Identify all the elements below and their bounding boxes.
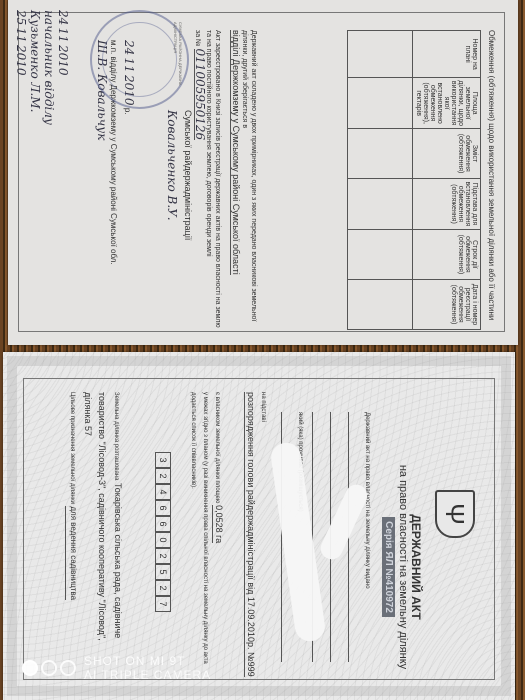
cadastral-digit: 6	[155, 500, 171, 516]
issued-to-label: Державний акт на право власності на земе…	[360, 412, 373, 682]
dept-date-day: 24	[56, 10, 70, 25]
restrictions-title: Обмеження (обтяження) щодо використання …	[487, 30, 496, 330]
table-cell	[348, 78, 413, 129]
area-label: є власником земельної ділянки площею	[214, 392, 220, 503]
table-cell	[348, 229, 413, 279]
basis-label: на підставі	[260, 392, 266, 422]
document-title: ДЕРЖАВНИЙ АКТ	[409, 452, 423, 682]
registrar-position: начальник відділу	[42, 10, 56, 330]
table-header: Зміст обмеження (обтяження)	[413, 129, 481, 179]
purpose-value: для ведення садівництва	[65, 506, 80, 600]
document-subtitle: на право власності на земельну ділянку	[397, 452, 409, 682]
table-header: Строк дії обмеження (обтяження)	[413, 229, 481, 279]
watermark-line1: SHOT ON MI 9T	[84, 654, 211, 668]
registry-number-label: за №	[194, 30, 201, 47]
table-header: Підстава для встановлення обмеження (обт…	[413, 179, 481, 230]
issued-to-value	[348, 412, 360, 662]
area-value: 0,0528 га	[212, 505, 225, 543]
cadastral-digit: 6	[155, 516, 171, 532]
cadastral-digit: 7	[155, 596, 171, 612]
cadastral-digit: 4	[155, 484, 171, 500]
document-back-page: Обмеження (обтяження) щодо використання …	[8, 0, 518, 345]
copies-text: Державний акт складено у двох примірника…	[240, 30, 258, 330]
camera-watermark-dots	[22, 660, 76, 676]
basis-section: на підставі розпорядження голови райдерж…	[244, 392, 271, 677]
table-cell	[348, 179, 413, 230]
restrictions-table: Номер на плані Площа земельної ділянки, …	[347, 30, 481, 330]
stamp-text: СУМСЬКА РАЙОННА ДЕРЖАВНА АДМІНІСТРАЦІЯ	[173, 22, 183, 112]
serial-number: Серія ЯЛ №410972	[382, 517, 395, 617]
registry-number-value: 011005950126	[194, 49, 204, 141]
purpose-label: Цільове призначення земельної ділянки	[69, 392, 75, 504]
registrar-block: 24 11 2010 начальник відділу Кузьменко Л…	[14, 10, 70, 330]
cadastral-number: 3 2 4 6 6 0 2 5 2 7	[155, 452, 171, 612]
area-section: є власником земельної ділянки площею 0,0…	[187, 392, 225, 677]
table-cell	[348, 279, 413, 329]
table-header: Дата і номер реєстрації обмеження (обтяж…	[413, 279, 481, 329]
registrar-date-year: 2010	[14, 45, 28, 76]
cadastral-digit: 2	[155, 548, 171, 564]
cadastral-digit: 0	[155, 532, 171, 548]
trident-icon: Ψ	[433, 496, 477, 532]
boundaries-text: у межах згідно з планом (у разі виникнен…	[187, 392, 211, 677]
table-cell	[348, 129, 413, 179]
head-signature: Ковальченко В.У.	[165, 110, 179, 221]
authority: Сумської райдержадміністрації	[183, 110, 193, 330]
copies-section: Державний акт складено у двох примірника…	[193, 30, 258, 330]
watermark-line2: AI TRIPLE CAMERA	[84, 668, 211, 682]
restrictions-section: Обмеження (обтяження) щодо використання …	[347, 30, 496, 330]
kept-at: відділі Держкомзему у Сумському районі С…	[230, 30, 240, 275]
cadastral-digit: 5	[155, 564, 171, 580]
cadastral-digit: 3	[155, 452, 171, 468]
cadastral-digit: 2	[155, 468, 171, 484]
registrar-date-month: 11	[14, 28, 28, 43]
dept-date-year: 2010	[56, 45, 70, 76]
cadastral-digit: 2	[155, 580, 171, 596]
title-block: ДЕРЖАВНИЙ АКТ на право власності на земе…	[383, 452, 423, 682]
head-signature-block: Сумської райдержадміністрації Ковальченк…	[165, 110, 193, 330]
basis-value: розпорядження голови райдержадміністраці…	[244, 392, 257, 677]
coat-of-arms: Ψ	[435, 490, 475, 538]
registrar-date-day: 25	[14, 10, 28, 25]
table-cell	[348, 31, 413, 78]
dept-date-month: 11	[56, 28, 70, 43]
year-suffix: р.	[123, 108, 132, 115]
registrar-signature: Кузьменко Л.М.	[28, 10, 42, 330]
camera-watermark: SHOT ON MI 9T AI TRIPLE CAMERA	[84, 654, 211, 682]
location-label: Земельна ділянка розташована	[113, 392, 119, 480]
location-section: Земельна ділянка розташована Токарівська…	[65, 392, 125, 672]
table-header: Номер на плані	[413, 31, 481, 78]
document-front-page: Ψ ДЕРЖАВНИЙ АКТ на право власності на зе…	[3, 352, 515, 700]
table-header: Площа земельної ділянки, щодо використан…	[413, 78, 481, 129]
